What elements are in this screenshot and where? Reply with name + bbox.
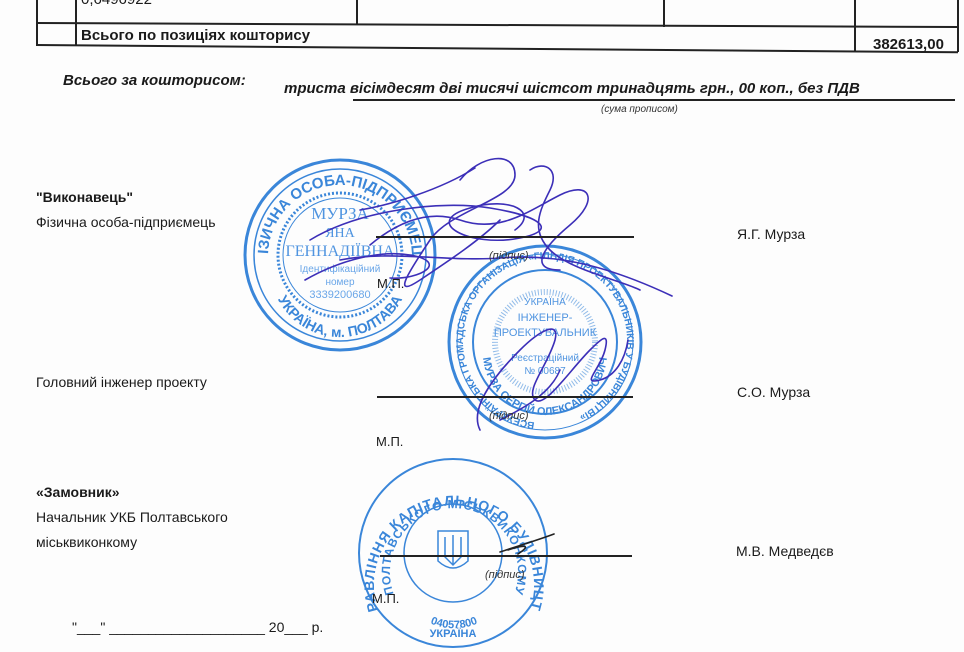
previous-row-value: 0,6496922 — [81, 0, 152, 8]
chief-engineer-role: Головний інженер проекту — [36, 374, 207, 390]
customer-signature-line — [380, 555, 632, 557]
chief-engineer-seal-mark: М.П. — [376, 434, 403, 449]
customer-role-line2: міськвиконкому — [36, 534, 137, 550]
table-border — [663, 0, 665, 27]
chief-engineer-name: С.О. Мурза — [737, 384, 810, 400]
total-in-words-underline — [353, 99, 955, 101]
total-in-words-label: Всього за кошторисом: — [63, 72, 246, 89]
table-border — [36, 44, 958, 53]
customer-signature-hint: (підпис) — [485, 569, 525, 581]
total-row-label: Всього по позиціях кошторису — [81, 27, 310, 44]
executor-role: Фізична особа-підприємець — [36, 214, 215, 230]
total-in-words-hint: (сума прописом) — [601, 104, 678, 115]
customer-name: М.В. Медведєв — [736, 543, 834, 559]
executor-party-label: "Виконавець" — [36, 189, 133, 205]
executor-name: Я.Г. Мурза — [737, 226, 805, 242]
customer-party-label: «Замовник» — [36, 484, 120, 500]
customer-role-line1: Начальник УКБ Полтавського — [36, 509, 228, 525]
executor-signature-line — [376, 236, 634, 238]
chief-engineer-signature-line — [377, 396, 633, 398]
date-field: "___" ____________________ 20___ р. — [72, 619, 323, 635]
total-row-value: 382613,00 — [873, 36, 944, 53]
executor-seal-mark: М.П. — [377, 276, 404, 291]
executor-signature-hint: (підпис) — [489, 250, 529, 262]
chief-engineer-signature-hint: (підпис) — [489, 410, 529, 422]
table-border — [356, 0, 358, 24]
customer-seal-mark: М.П. — [372, 591, 399, 606]
svg-text:УКРАЇНА: УКРАЇНА — [430, 627, 477, 640]
engineer-signature — [460, 290, 640, 440]
total-in-words-value: триста вісімдесят дві тисячі шістсот три… — [284, 80, 860, 97]
